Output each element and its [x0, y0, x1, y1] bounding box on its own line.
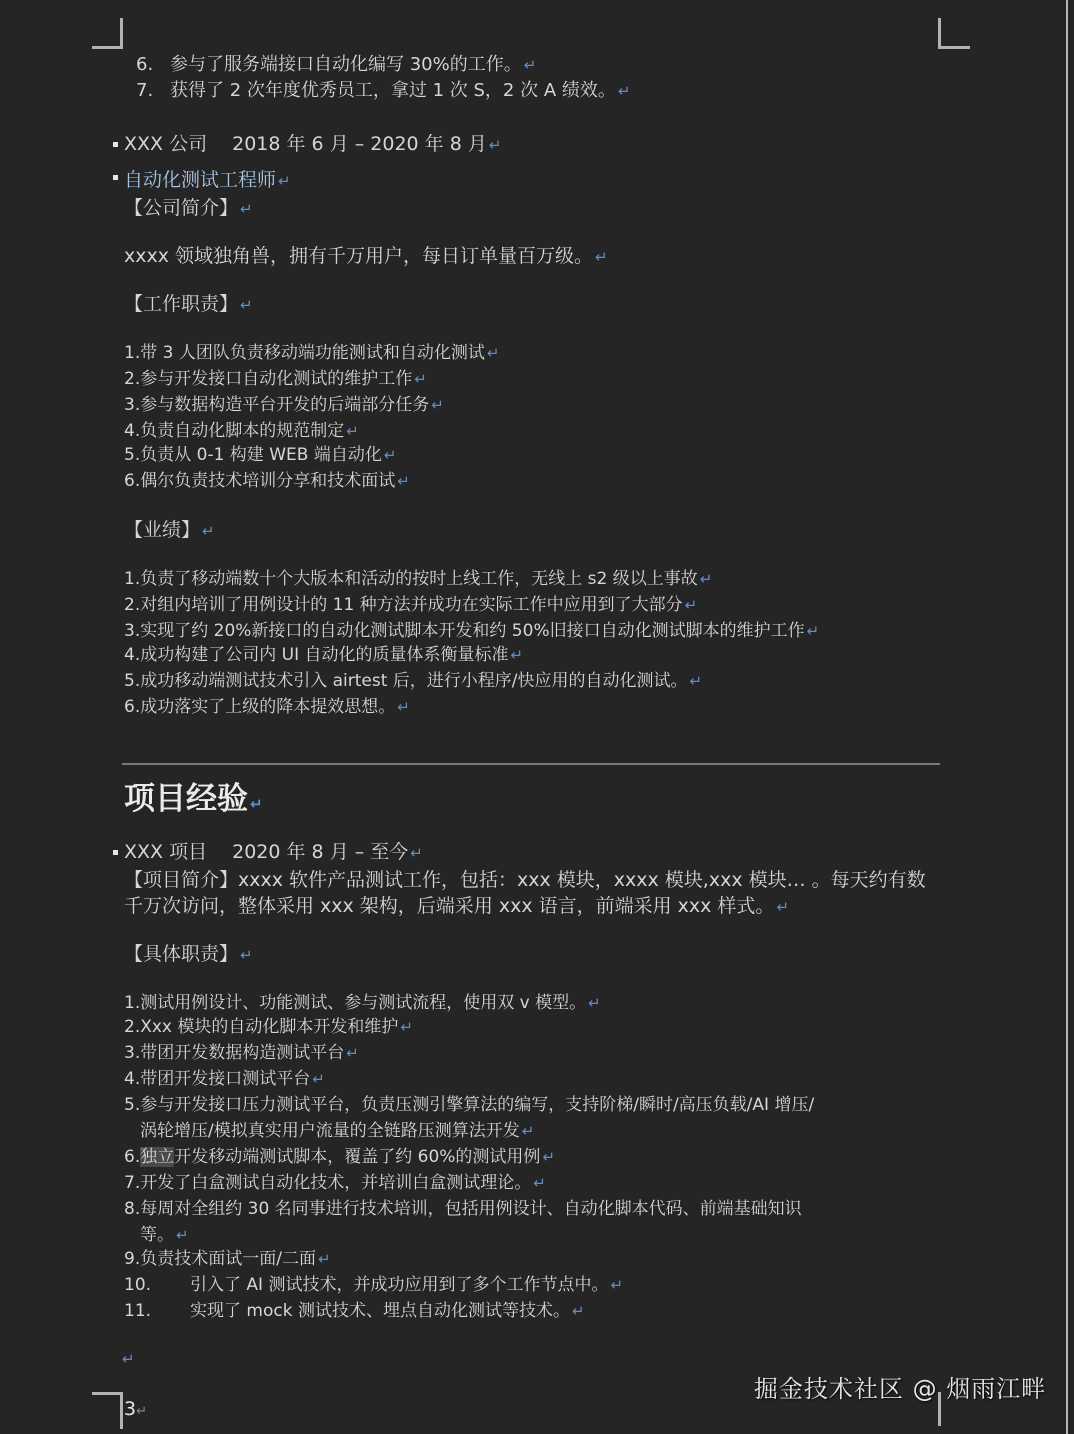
achievement-item: 1.负责了移动端数十个大版本和活动的按时上线工作，无线上 s2 级以上事故↵ — [124, 566, 712, 592]
watermark: 掘金技术社区 @ 烟雨江畔 — [754, 1369, 1046, 1404]
project-duty-item-cont: 等。↵ — [140, 1222, 189, 1248]
paragraph-mark-icon: ↵ — [610, 1276, 623, 1294]
job-duty-item: 2.参与开发接口自动化测试的维护工作↵ — [124, 366, 427, 392]
paragraph-mark-icon: ↵ — [807, 622, 820, 640]
project-duty-item-cont: 涡轮增压/模拟真实用户流量的全链路压测算法开发↵ — [140, 1118, 534, 1144]
job-duty-item: 6.偶尔负责技术培训分享和技术面试↵ — [124, 468, 410, 494]
project-duty-item: 11.实现了 mock 测试技术、埋点自动化测试等技术。↵ — [124, 1298, 585, 1324]
project-duties-header: 【具体职责】↵ — [124, 941, 253, 968]
section-divider — [122, 763, 940, 765]
project-duty-item: 5.参与开发接口压力测试平台，负责压测引擎算法的编写，支持阶梯/瞬时/高压负载/… — [124, 1092, 814, 1118]
paragraph-mark-icon: ↵ — [588, 994, 601, 1012]
paragraph-mark-icon: ↵ — [397, 698, 410, 716]
paragraph-mark-icon: ↵ — [240, 946, 253, 964]
paragraph-mark-icon: ↵ — [384, 446, 397, 464]
text-selection-highlight[interactable]: 独立 — [140, 1147, 174, 1167]
bullet-square-icon — [113, 175, 118, 180]
project-duty-item: 6.独立开发移动端测试脚本，覆盖了约 60%的测试用例↵ — [124, 1144, 555, 1170]
job-duty-item: 3.参与数据构造平台开发的后端部分任务↵ — [124, 392, 444, 418]
paragraph-mark-icon: ↵ — [542, 1148, 555, 1166]
project-duty-item: 1.测试用例设计、功能测试、参与测试流程，使用双 v 模型。↵ — [124, 990, 601, 1016]
achievement-item: 6.成功落实了上级的降本提效思想。↵ — [124, 694, 410, 720]
paragraph-mark-icon: ↵ — [524, 56, 537, 74]
achievement-item: 5.成功移动端测试技术引入 airtest 后，进行小程序/快应用的自动化测试。… — [124, 668, 702, 694]
paragraph-mark-icon: ↵ — [397, 472, 410, 490]
company-intro-header: 【公司简介】↵ — [124, 195, 253, 222]
job-duty-item: 1.带 3 人团队负责移动端功能测试和自动化测试↵ — [124, 340, 499, 366]
paragraph-mark-icon: ↵ — [431, 396, 444, 414]
paragraph-mark-icon: ↵ — [690, 672, 703, 690]
paragraph-mark-icon: ↵ — [122, 1350, 135, 1368]
paragraph-mark-icon: ↵ — [510, 646, 523, 664]
margin-corner-top-right — [938, 18, 970, 49]
job-duty-item: 4.负责自动化脚本的规范制定↵ — [124, 418, 359, 444]
project-duty-item: 2.Xxx 模块的自动化脚本开发和维护↵ — [124, 1014, 413, 1040]
company-line: XXX 公司 2018 年 6 月 – 2020 年 8 月↵ — [124, 131, 501, 158]
paragraph-mark-icon: ↵ — [487, 344, 500, 362]
paragraph-mark-icon: ↵ — [136, 1404, 147, 1419]
project-duty-item: 9.负责技术面试一面/二面↵ — [124, 1246, 331, 1272]
paragraph-mark-icon: ↵ — [618, 82, 631, 100]
project-duty-item: 4.带团开发接口测试平台↵ — [124, 1066, 325, 1092]
paragraph-mark-icon: ↵ — [318, 1250, 331, 1268]
window-edge-line — [1066, 0, 1068, 1434]
job-duties-header: 【工作职责】↵ — [124, 291, 253, 318]
achievement-item: 4.成功构建了公司内 UI 自动化的质量体系衡量标准↵ — [124, 642, 523, 668]
margin-corner-top-left — [92, 18, 123, 49]
job-role: 自动化测试工程师↵ — [124, 167, 291, 194]
paragraph-mark-icon: ↵ — [400, 1018, 413, 1036]
achievement-item: 2.对组内培训了用例设计的 11 种方法并成功在实际工作中应用到了大部分↵ — [124, 592, 697, 618]
paragraph-mark-icon: ↵ — [202, 522, 215, 540]
project-intro-line-1: 【项目简介】xxxx 软件产品测试工作，包括：xxx 模块，xxxx 模块,xx… — [124, 867, 926, 893]
paragraph-mark-icon: ↵ — [410, 844, 423, 862]
project-duty-item: 7.开发了白盒测试自动化技术，并培训白盒测试理论。↵ — [124, 1170, 546, 1196]
prev-list-item: 7.获得了 2 次年度优秀员工，拿过 1 次 S，2 次 A 绩效。↵ — [136, 78, 630, 104]
paragraph-mark-icon: ↵ — [776, 898, 789, 916]
bullet-square-icon — [113, 142, 118, 147]
job-duty-item: 5.负责从 0-1 构建 WEB 端自动化↵ — [124, 442, 396, 468]
project-duty-item: 3.带团开发数据构造测试平台↵ — [124, 1040, 359, 1066]
paragraph-mark-icon: ↵ — [700, 570, 713, 588]
company-intro-text: xxxx 领域独角兽，拥有千万用户，每日订单量百万级。↵ — [124, 243, 608, 270]
paragraph-mark-icon: ↵ — [346, 1044, 359, 1062]
project-line: XXX 项目 2020 年 8 月 – 至今↵ — [124, 839, 423, 866]
paragraph-mark-icon: ↵ — [240, 296, 253, 314]
paragraph-mark-icon: ↵ — [572, 1302, 585, 1320]
page-number: 3↵ — [124, 1398, 147, 1420]
achievement-item: 3.实现了约 20%新接口的自动化测试脚本开发和约 50%旧接口自动化测试脚本的… — [124, 618, 819, 644]
paragraph-mark-icon: ↵ — [278, 172, 291, 190]
bullet-square-icon — [113, 850, 118, 855]
project-duty-item: 10.引入了 AI 测试技术，并成功应用到了多个工作节点中。↵ — [124, 1272, 623, 1298]
paragraph-mark-icon: ↵ — [595, 248, 608, 266]
paragraph-mark-icon: ↵ — [533, 1174, 546, 1192]
paragraph-mark-icon: ↵ — [312, 1070, 325, 1088]
paragraph-mark-icon: ↵ — [489, 136, 502, 154]
project-duty-item: 8.每周对全组约 30 名同事进行技术培训，包括用例设计、自动化脚本代码、前端基… — [124, 1196, 802, 1222]
margin-corner-bottom-left — [92, 1392, 123, 1429]
paragraph-mark-icon: ↵ — [250, 795, 263, 813]
paragraph-mark-icon: ↵ — [176, 1226, 189, 1244]
paragraph-mark-icon: ↵ — [414, 370, 427, 388]
paragraph-mark-icon: ↵ — [240, 200, 253, 218]
paragraph-mark-icon: ↵ — [346, 422, 359, 440]
paragraph-mark-icon: ↵ — [685, 596, 698, 614]
project-intro-line-2: 千万次访问，整体采用 xxx 架构，后端采用 xxx 语言，前端采用 xxx 样… — [124, 893, 789, 920]
paragraph-mark-icon: ↵ — [522, 1122, 535, 1140]
achievements-header: 【业绩】↵ — [124, 517, 215, 544]
section-title-projects: 项目经验↵ — [124, 778, 263, 825]
prev-list-item: 6.参与了服务端接口自动化编写 30%的工作。↵ — [136, 52, 536, 78]
